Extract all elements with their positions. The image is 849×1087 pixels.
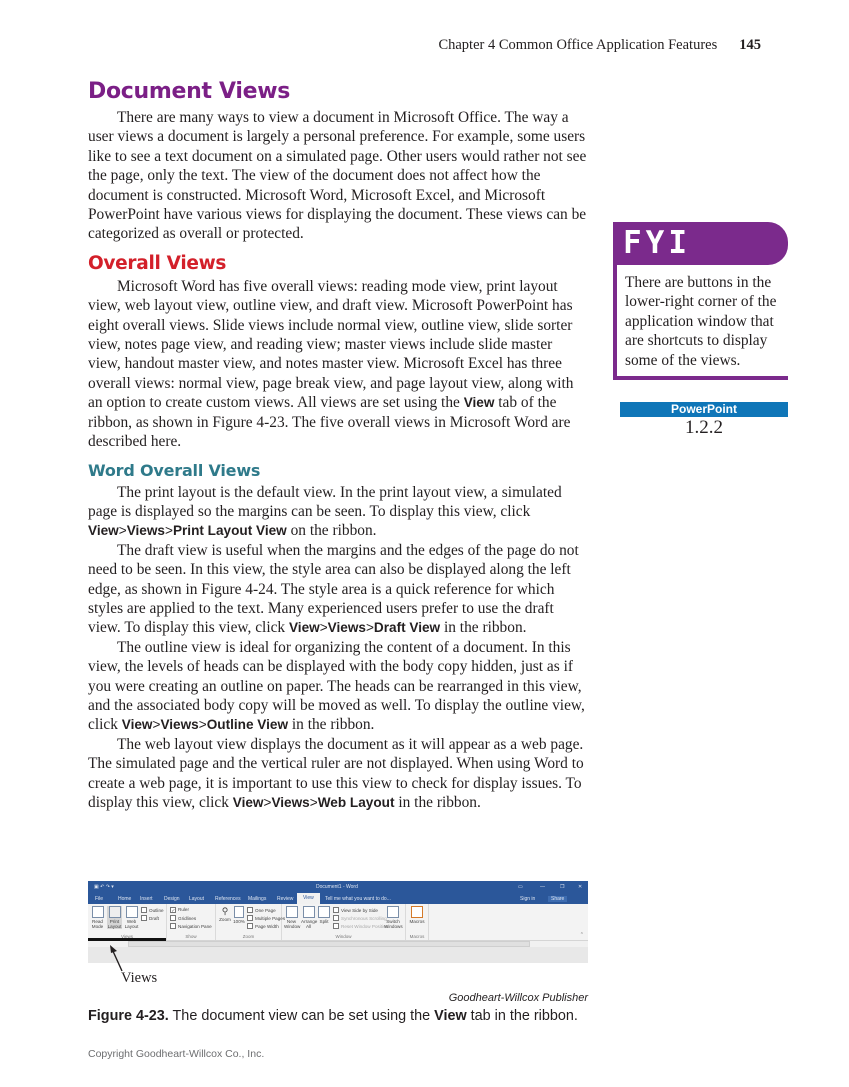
fyi-header: FYI — [613, 222, 788, 265]
switch-windows-button[interactable]: Switch Windows — [384, 906, 402, 929]
command-view: View — [464, 395, 495, 410]
callout-arrow-icon — [108, 945, 128, 973]
objective-tag: PowerPoint 1.2.2 — [620, 402, 788, 439]
view-side-by-side-button[interactable]: View Side by Side — [333, 907, 378, 913]
fyi-text: There are buttons in the lower-right cor… — [613, 265, 788, 380]
tab-home[interactable]: Home — [118, 896, 131, 902]
zoom-100-button[interactable]: 100% — [233, 906, 245, 924]
new-window-button[interactable]: New Window — [284, 906, 299, 929]
draft-button[interactable]: Draft — [141, 915, 159, 921]
group-label-window: Window — [282, 934, 405, 939]
tab-view[interactable]: View — [297, 893, 320, 904]
minimize-icon: — — [540, 884, 545, 890]
paragraph-draft: The draft view is useful when the margin… — [88, 541, 588, 638]
section-heading-word-overall-views: Word Overall Views — [88, 460, 588, 482]
fyi-sidebar: FYI There are buttons in the lower-right… — [613, 222, 788, 380]
sign-in-link[interactable]: Sign in — [520, 896, 535, 902]
tab-mailings[interactable]: Mailings — [248, 896, 266, 902]
synchronous-scrolling-button[interactable]: Synchronous Scrolling — [333, 915, 387, 921]
multiple-pages-button[interactable]: Multiple Pages — [247, 915, 285, 921]
tell-me-box[interactable]: Tell me what you want to do... — [325, 896, 391, 902]
fyi-title: FYI — [623, 225, 691, 261]
reset-window-position-button[interactable]: Reset Window Position — [333, 923, 388, 929]
paragraph-document-views: There are many ways to view a document i… — [88, 108, 588, 244]
objective-code: 1.2.2 — [620, 417, 788, 439]
section-heading-overall-views: Overall Views — [88, 252, 588, 276]
document-area — [88, 947, 588, 963]
objective-app: PowerPoint — [620, 402, 788, 417]
section-heading-document-views: Document Views — [88, 78, 588, 106]
collapse-ribbon-icon[interactable]: ⌃ — [580, 932, 584, 938]
ribbon-view: Read Mode Print Layout Web Layout Outlin… — [88, 904, 588, 941]
group-show: ✓Ruler Gridlines Navigation Pane Show — [167, 904, 216, 940]
group-window: New Window Arrange All Split View Side b… — [282, 904, 406, 940]
save-icon: ▣ ↶ ↷ ▾ — [94, 884, 114, 890]
page-number: 145 — [739, 37, 761, 53]
paragraph-outline: The outline view is ideal for organizing… — [88, 638, 588, 735]
copyright-footer: Copyright Goodheart-Willcox Co., Inc. — [88, 1048, 264, 1060]
tab-insert[interactable]: Insert — [140, 896, 153, 902]
tab-design[interactable]: Design — [164, 896, 180, 902]
magnifier-icon: ⚲ — [218, 906, 232, 917]
word-ribbon-screenshot: ▣ ↶ ↷ ▾ Document1 - Word ▭ — ❐ ✕ File Ho… — [88, 881, 588, 963]
figure-caption: Figure 4-23. The document view can be se… — [88, 1008, 578, 1024]
zoom-button[interactable]: ⚲Zoom — [218, 906, 232, 922]
chapter-title: Chapter 4 Common Office Application Feat… — [438, 37, 717, 53]
group-zoom: ⚲Zoom 100% One Page Multiple Pages Page … — [216, 904, 282, 940]
tab-layout[interactable]: Layout — [189, 896, 204, 902]
group-macros: Macros Macros — [406, 904, 429, 940]
window-title: Document1 - Word — [316, 884, 358, 890]
close-icon: ✕ — [578, 884, 582, 890]
paragraph-web-layout: The web layout view displays the documen… — [88, 735, 588, 813]
title-bar: ▣ ↶ ↷ ▾ Document1 - Word ▭ — ❐ ✕ — [88, 881, 588, 893]
one-page-button[interactable]: One Page — [247, 907, 276, 913]
group-label-macros: Macros — [406, 934, 428, 939]
running-head: Chapter 4 Common Office Application Feat… — [438, 37, 761, 54]
web-layout-button[interactable]: Web Layout — [124, 906, 139, 929]
main-column: Document Views There are many ways to vi… — [88, 78, 588, 812]
navigation-pane-checkbox[interactable]: Navigation Pane — [170, 923, 212, 929]
callout-views-label: Views — [121, 970, 157, 987]
tab-review[interactable]: Review — [277, 896, 293, 902]
group-label-zoom: Zoom — [216, 934, 281, 939]
outline-button[interactable]: Outline — [141, 907, 164, 913]
page-width-button[interactable]: Page Width — [247, 923, 279, 929]
figure-credit: Goodheart-Willcox Publisher — [449, 992, 588, 1004]
tab-references[interactable]: References — [215, 896, 241, 902]
group-views: Read Mode Print Layout Web Layout Outlin… — [88, 904, 167, 940]
read-mode-button[interactable]: Read Mode — [90, 906, 105, 929]
print-layout-button[interactable]: Print Layout — [107, 906, 122, 929]
macros-button[interactable]: Macros — [409, 906, 425, 924]
arrange-all-button[interactable]: Arrange All — [301, 906, 316, 929]
ribbon-tabs: File Home Insert Design Layout Reference… — [88, 893, 588, 904]
tab-file[interactable]: File — [95, 896, 103, 902]
group-label-show: Show — [167, 934, 215, 939]
paragraph-overall-views: Microsoft Word has five overall views: r… — [88, 277, 588, 452]
split-button[interactable]: Split — [318, 906, 330, 924]
ribbon-display-icon: ▭ — [518, 884, 523, 890]
share-button[interactable]: Share — [548, 896, 567, 902]
paragraph-print-layout: The print layout is the default view. In… — [88, 483, 588, 541]
ruler-checkbox[interactable]: ✓Ruler — [170, 907, 189, 913]
restore-icon: ❐ — [560, 884, 564, 890]
gridlines-checkbox[interactable]: Gridlines — [170, 915, 196, 921]
